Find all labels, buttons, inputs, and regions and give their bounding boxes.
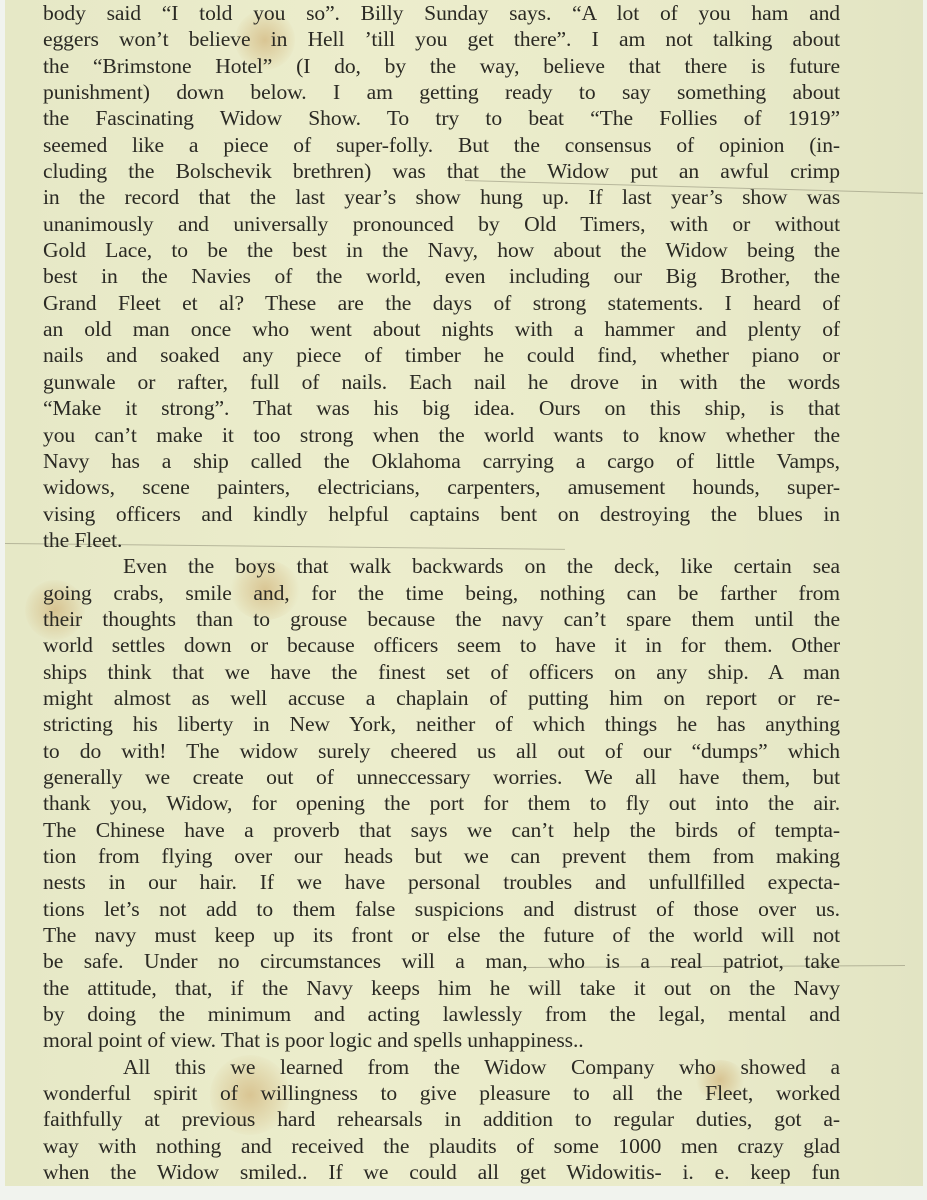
text-line: going crabs, smile and, for the time bei… [43, 580, 840, 606]
text-line: world settles down or because officers s… [43, 632, 840, 658]
text-line: widows, scene painters, electricians, ca… [43, 474, 840, 500]
text-line: the Fleet. [43, 527, 840, 553]
text-line: All this we learned from the Widow Compa… [43, 1054, 840, 1080]
text-line: way with nothing and received the plaudi… [43, 1133, 840, 1159]
text-line: Even the boys that walk backwards on the… [43, 553, 840, 579]
text-line: The navy must keep up its front or else … [43, 922, 840, 948]
text-line: moral point of view. That is poor logic … [43, 1027, 840, 1053]
paragraph-3: All this we learned from the Widow Compa… [43, 1054, 840, 1186]
text-line: an old man once who went about nights wi… [43, 316, 840, 342]
text-line: Gold Lace, to be the best in the Navy, h… [43, 237, 840, 263]
scanned-page: body said “I told you so”. Billy Sunday … [5, 0, 923, 1186]
text-line: body said “I told you so”. Billy Sunday … [43, 0, 840, 26]
text-line: might almost as well accuse a chaplain o… [43, 685, 840, 711]
text-line: ships think that we have the finest set … [43, 659, 840, 685]
document-body: body said “I told you so”. Billy Sunday … [43, 0, 840, 1185]
text-line: nails and soaked any piece of timber he … [43, 342, 840, 368]
text-line: thank you, Widow, for opening the port f… [43, 790, 840, 816]
text-line: tions let’s not add to them false suspic… [43, 896, 840, 922]
text-line: nests in our hair. If we have personal t… [43, 869, 840, 895]
text-line: cluding the Bolschevik brethren) was tha… [43, 158, 840, 184]
text-line: punishment) down below. I am getting rea… [43, 79, 840, 105]
text-line: stricting his liberty in New York, neith… [43, 711, 840, 737]
text-line: their thoughts than to grouse because th… [43, 606, 840, 632]
text-line: the “Brimstone Hotel” (I do, by the way,… [43, 53, 840, 79]
text-line: seemed like a piece of super-folly. But … [43, 132, 840, 158]
text-line: by doing the minimum and acting lawlessl… [43, 1001, 840, 1027]
text-line: be safe. Under no circumstances will a m… [43, 948, 840, 974]
text-line: to do with! The widow surely cheered us … [43, 738, 840, 764]
text-line: when the Widow smiled.. If we could all … [43, 1159, 840, 1185]
text-line: faithfully at previous hard rehearsals i… [43, 1106, 840, 1132]
text-line: in the record that the last year’s show … [43, 184, 840, 210]
text-line: the Fascinating Widow Show. To try to be… [43, 105, 840, 131]
text-line: Grand Fleet et al? These are the days of… [43, 290, 840, 316]
text-line: wonderful spirit of willingness to give … [43, 1080, 840, 1106]
text-line: “Make it strong”. That was his big idea.… [43, 395, 840, 421]
text-line: generally we create out of unneccessary … [43, 764, 840, 790]
text-line: you can’t make it too strong when the wo… [43, 422, 840, 448]
text-line: best in the Navies of the world, even in… [43, 263, 840, 289]
text-line: unanimously and universally pronounced b… [43, 211, 840, 237]
text-line: the attitude, that, if the Navy keeps hi… [43, 975, 840, 1001]
text-line: Navy has a ship called the Oklahoma carr… [43, 448, 840, 474]
text-line: vising officers and kindly helpful capta… [43, 501, 840, 527]
paragraph-2: Even the boys that walk backwards on the… [43, 553, 840, 1054]
text-line: The Chinese have a proverb that says we … [43, 817, 840, 843]
text-line: eggers won’t believe in Hell ’till you g… [43, 26, 840, 52]
paragraph-1: body said “I told you so”. Billy Sunday … [43, 0, 840, 553]
text-line: tion from flying over our heads but we c… [43, 843, 840, 869]
text-line: gunwale or rafter, full of nails. Each n… [43, 369, 840, 395]
